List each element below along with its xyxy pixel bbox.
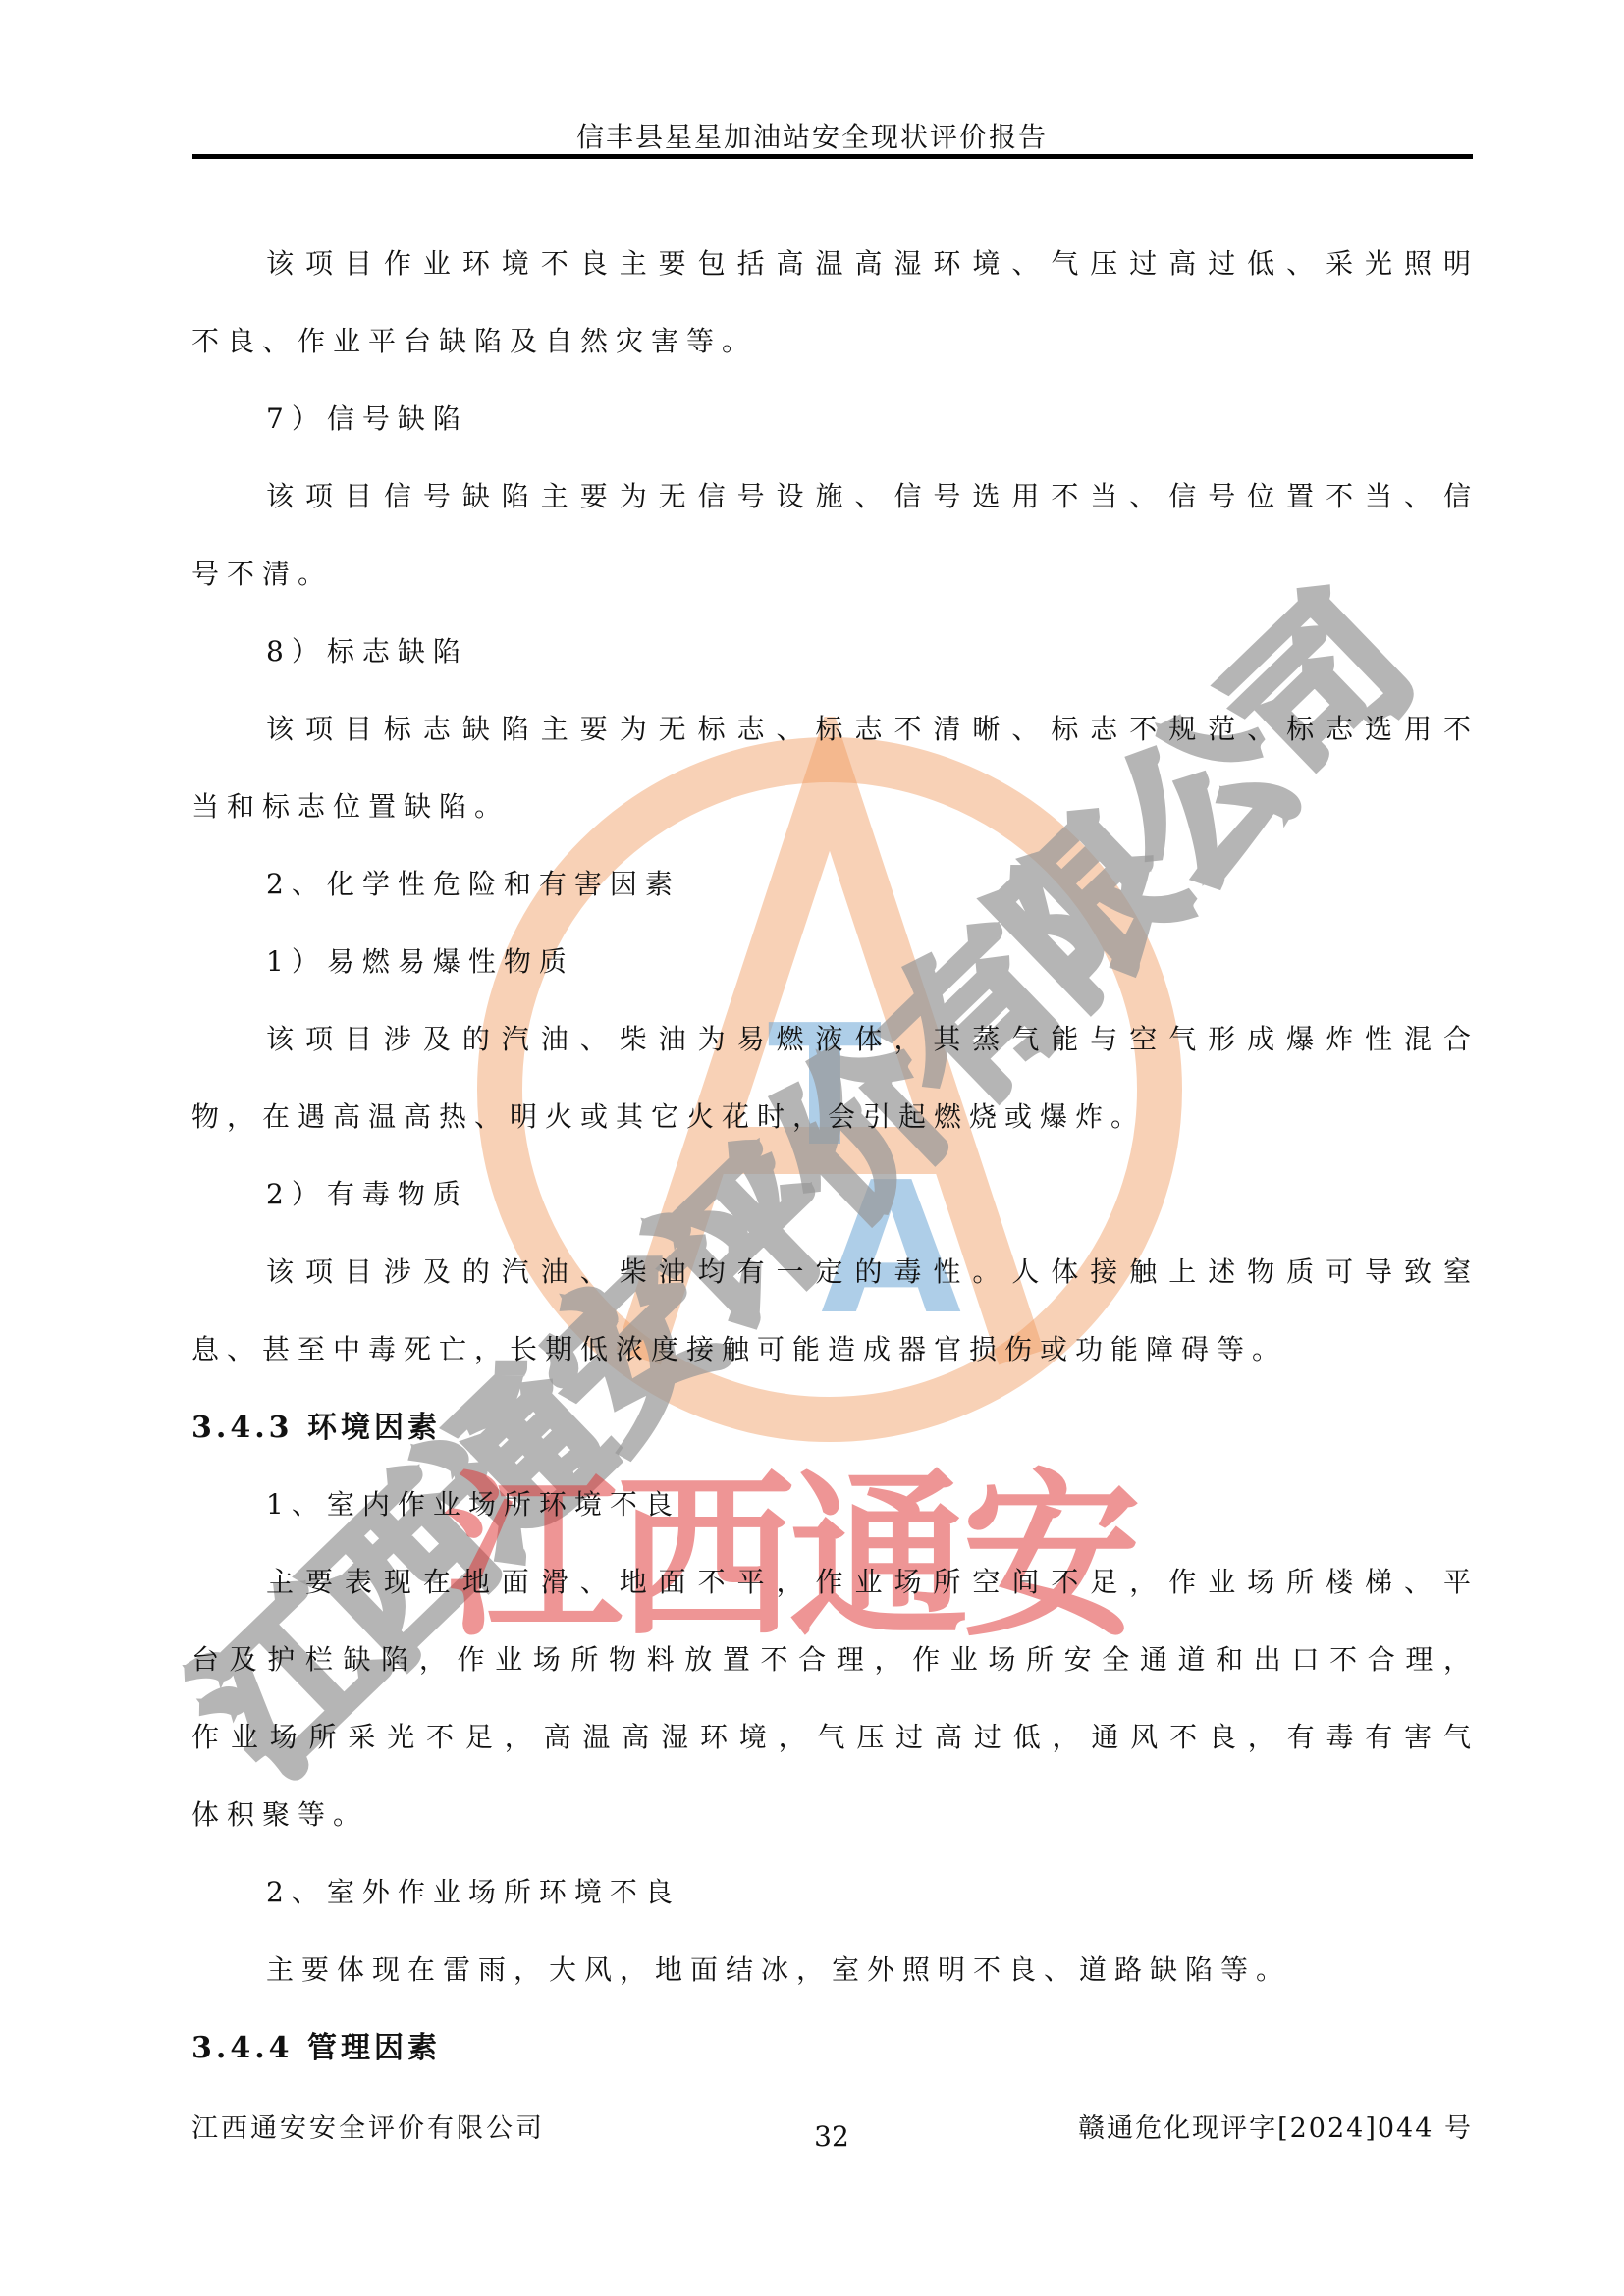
body-line: 主要体现在雷雨，大风，地面结冰，室外照明不良、道路缺陷等。	[191, 1945, 1473, 1984]
body-line: 主要表现在地面滑、地面不平，作业场所空间不足，作业场所楼梯、平	[191, 1557, 1473, 1596]
body-line: 1）易燃易爆性物质	[191, 936, 1473, 976]
body-line: 该项目涉及的汽油、柴油为易燃液体，其蒸气能与空气形成爆炸性混合	[191, 1014, 1473, 1053]
body-line: 该项目信号缺陷主要为无信号设施、信号选用不当、信号位置不当、信	[191, 471, 1473, 510]
body-line: 2、室外作业场所环境不良	[191, 1867, 1473, 1906]
footer-document-number: 赣通危化现评字[2024]044 号	[977, 2107, 1473, 2145]
body-line: 该项目标志缺陷主要为无标志、标志不清晰、标志不规范、标志选用不	[191, 704, 1473, 743]
page-header-title: 信丰县星星加油站安全现状评价报告	[0, 116, 1624, 155]
body-line: 该项目作业环境不良主要包括高温高湿环境、气压过高过低、采光照明	[191, 239, 1473, 278]
document-page: T A 江西通安评价有限公司 江西通安 信丰县星星加油站安全现状评价报告 该项目…	[0, 0, 1624, 2296]
section-heading-line: 3.4.3 环境因素	[191, 1402, 1473, 1443]
body-line: 7）信号缺陷	[191, 394, 1473, 433]
body-line: 当和标志位置缺陷。	[191, 781, 1473, 821]
body-line: 1、室内作业场所环境不良	[191, 1479, 1473, 1519]
body-line: 台及护栏缺陷，作业场所物料放置不合理，作业场所安全通道和出口不合理，	[191, 1634, 1473, 1674]
header-rule	[192, 154, 1473, 159]
body-line: 物，在遇高温高热、明火或其它火花时，会引起燃烧或爆炸。	[191, 1092, 1473, 1131]
body-line: 2）有毒物质	[191, 1169, 1473, 1208]
section-heading-line: 3.4.4 管理因素	[191, 2022, 1473, 2063]
body-line: 作业场所采光不足，高温高湿环境，气压过高过低，通风不良，有毒有害气	[191, 1712, 1473, 1751]
body-line: 息、甚至中毒死亡，长期低浓度接触可能造成器官损伤或功能障碍等。	[191, 1324, 1473, 1363]
body-line: 体积聚等。	[191, 1789, 1473, 1829]
body-line: 2、化学性危险和有害因素	[191, 859, 1473, 898]
body-line: 8）标志缺陷	[191, 626, 1473, 666]
body-line: 号不清。	[191, 549, 1473, 588]
body-line: 该项目涉及的汽油、柴油均有一定的毒性。人体接触上述物质可导致窒	[191, 1247, 1473, 1286]
body-line: 不良、作业平台缺陷及自然灾害等。	[191, 316, 1473, 355]
